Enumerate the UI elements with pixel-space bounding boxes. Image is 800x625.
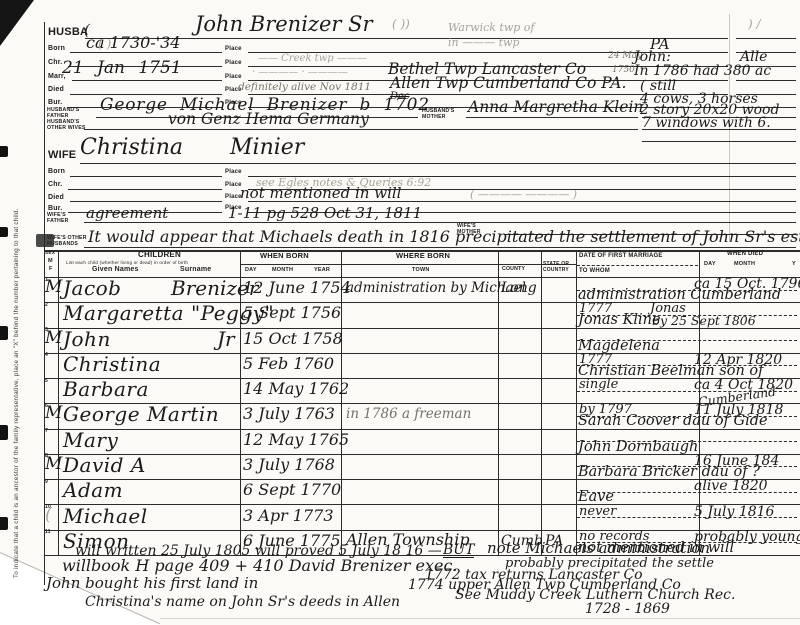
given-name: Adam bbox=[63, 480, 123, 500]
ruled-line bbox=[736, 80, 796, 81]
ruled-line bbox=[84, 222, 796, 223]
birth-date: 14 May 1762 bbox=[243, 381, 349, 397]
spouse-or-note: Eave bbox=[578, 490, 614, 505]
death-note: alive 1820 bbox=[694, 479, 768, 493]
scanned-family-group-sheet: To indicate that a child is an ancestor … bbox=[0, 0, 800, 625]
note-windows: 7 windows with 6. bbox=[642, 116, 771, 130]
sex-value: M bbox=[45, 405, 62, 422]
birth-date: 12 May 1765 bbox=[243, 432, 349, 448]
child-number: 2 bbox=[45, 303, 48, 309]
given-name: George Martin bbox=[63, 404, 219, 424]
husbands-father-label: HUSBAND'S FATHER bbox=[47, 107, 89, 119]
husband-name: John Brenizer Sr bbox=[195, 14, 373, 35]
child-row: 6 M George Martin 3 July 1763 in 1786 a … bbox=[44, 403, 800, 429]
place-label: Place bbox=[225, 46, 242, 53]
wife-name: Christina Minier bbox=[80, 137, 304, 159]
wifes-father-label: WIFE'S FATHER bbox=[47, 212, 89, 224]
marriage-header-dashed-line bbox=[577, 265, 698, 266]
child-number: 7 bbox=[45, 429, 48, 435]
ruled-line bbox=[70, 52, 222, 53]
agreement-reference: 1-11 pg 528 Oct 31, 1811 bbox=[228, 206, 422, 221]
when-born-header: WHEN BORN bbox=[260, 252, 309, 260]
scan-edge-mark bbox=[0, 517, 8, 530]
husband-label: HUSBA bbox=[48, 26, 88, 38]
town-header: TOWN bbox=[412, 267, 430, 273]
spouse-or-note: Magdelena bbox=[578, 339, 660, 354]
child-row: 2 Margaretta "Peggy" 5 Sept 1756 1777 Jo… bbox=[44, 302, 800, 328]
buried-label: Bur. bbox=[48, 99, 62, 107]
sex-value: M bbox=[45, 279, 62, 296]
header-sub-divider bbox=[240, 264, 576, 265]
marriage-note: never bbox=[579, 505, 616, 518]
ruled-line bbox=[642, 141, 796, 142]
wife-label: WIFE bbox=[48, 149, 76, 161]
child-number: 5 bbox=[45, 379, 48, 385]
year-header: YEAR bbox=[314, 267, 330, 273]
ink-smudge bbox=[36, 234, 54, 247]
given-name: Christina bbox=[63, 354, 161, 374]
to-whom-header: TO WHOM bbox=[579, 268, 610, 275]
died-day-header: DAY bbox=[704, 261, 716, 267]
note-alive-1811: definitely alive Nov 1811 bbox=[238, 82, 371, 93]
surname-header: Surname bbox=[180, 266, 211, 274]
ruled-line bbox=[68, 189, 222, 190]
husband-origin-germany: von Genz Hema Germany bbox=[168, 112, 369, 128]
child-number: 9 bbox=[45, 480, 48, 486]
given-names-header: Given Names bbox=[92, 266, 139, 274]
ruled-line bbox=[466, 117, 638, 118]
scan-edge-mark bbox=[0, 146, 8, 157]
pencil-note-creek: —— Creek twp ——— bbox=[258, 54, 367, 64]
birth-date: 5 Feb 1760 bbox=[243, 356, 334, 372]
note-john: John: bbox=[634, 50, 671, 64]
child-row: 8 M David A 3 July 1768 16 June 184 Barb… bbox=[44, 454, 800, 480]
died-year-header: Y bbox=[792, 261, 796, 267]
wife-death-note: not mentioned in will bbox=[240, 186, 401, 201]
pencil-marks: ( )) bbox=[392, 18, 410, 30]
day-header: DAY bbox=[245, 267, 257, 273]
spouse-or-note: John Dornbaugh bbox=[578, 440, 698, 455]
children-subheader: List each child (whether living or dead)… bbox=[66, 260, 188, 265]
birth-date: 6 Sept 1770 bbox=[243, 482, 341, 498]
died-month-header: MONTH bbox=[734, 261, 755, 267]
birth-date: 3 July 1763 bbox=[243, 406, 335, 422]
child-row: 5 Barbara 14 May 1762 single ca 4 Oct 18… bbox=[44, 378, 800, 404]
birth-date: 12 June 1754 bbox=[243, 280, 351, 296]
ruled-line bbox=[72, 80, 222, 81]
birth-town-note: in 1786 a freeman bbox=[346, 408, 471, 422]
christened-label: Chr. bbox=[48, 181, 62, 189]
given-name: Mary bbox=[63, 430, 118, 450]
ruled-line bbox=[70, 201, 222, 202]
birth-town: administration by Michael bbox=[346, 282, 526, 296]
given-name: Jacob bbox=[63, 278, 122, 298]
death-note: by 25 Sept 1806 bbox=[652, 315, 756, 328]
child-row: 3 M John Jr 15 Oct 1758 Magdelena bbox=[44, 328, 800, 354]
child-number: 4 bbox=[45, 353, 48, 359]
sex-header: SEX bbox=[45, 251, 55, 256]
note-allen-cut: Alle bbox=[740, 50, 767, 64]
note-380-acres: In 1786 had 380 ac bbox=[634, 64, 771, 78]
birth-date: 15 Oct 1758 bbox=[243, 331, 343, 347]
died-label: Died bbox=[48, 194, 64, 202]
child-number: 11 bbox=[45, 530, 51, 536]
spouse-or-note: Jonas Kline bbox=[578, 313, 661, 328]
children-header: CHILDREN bbox=[138, 251, 181, 260]
ruled-line bbox=[80, 163, 796, 164]
death-date: 5 July 1816 bbox=[694, 505, 774, 519]
estate-settlement-note: It would appear that Michaels death in 1… bbox=[88, 229, 800, 245]
ruled-line bbox=[736, 38, 796, 39]
pencil-marks: ) / bbox=[748, 18, 761, 30]
where-born-header: WHERE BORN bbox=[396, 252, 450, 260]
child-row: 7 Mary 12 May 1765 John Dornbaugh bbox=[44, 429, 800, 455]
ruled-line bbox=[84, 129, 638, 130]
christened-label: Chr. bbox=[48, 59, 62, 67]
church-record-years: 1728 - 1869 bbox=[585, 602, 670, 616]
born-label: Born bbox=[48, 45, 65, 53]
husband-death-place: Allen Twp Cumberland Co PA. bbox=[390, 76, 626, 92]
marriage-note: single bbox=[579, 378, 618, 391]
given-name: Barbara bbox=[63, 379, 149, 399]
birth-date: 3 Apr 1773 bbox=[243, 508, 334, 524]
county-header: COUNTY bbox=[502, 267, 525, 273]
spouse-or-note: Sarah Coover dau of Gide bbox=[578, 414, 768, 429]
state-or-country-header: STATE OR COUNTRY bbox=[543, 261, 579, 273]
ruled-line bbox=[84, 247, 796, 248]
place-label: Place bbox=[225, 169, 242, 176]
first-land-note: John bought his first land in bbox=[46, 576, 258, 591]
place-label: Place bbox=[225, 74, 242, 81]
place-label: Place bbox=[225, 60, 242, 67]
paper-bottom-edge-line bbox=[160, 618, 800, 619]
pencil-scribble: · ———— · ———— bbox=[252, 68, 348, 78]
scan-edge-mark bbox=[0, 425, 8, 440]
given-name: Michael bbox=[63, 506, 148, 526]
christina-deeds-note: Christina's name on John Sr's deeds in A… bbox=[85, 595, 400, 609]
surname-value: Jr bbox=[217, 329, 235, 349]
date-of-first-marriage-header: DATE OF FIRST MARRIAGE bbox=[579, 253, 663, 260]
scan-edge-mark bbox=[0, 326, 8, 340]
birth-date: 5 Sept 1756 bbox=[243, 305, 341, 321]
child-row: 9 Adam 6 Sept 1770 alive 1820 Eave bbox=[44, 479, 800, 505]
sex-value: M bbox=[45, 330, 62, 347]
born-label: Born bbox=[48, 168, 65, 176]
pencil-scribble: ( ———— ———— ) bbox=[470, 189, 577, 200]
pencil-note-warwick: Warwick twp of bbox=[448, 22, 535, 33]
sex-m-header: M bbox=[48, 258, 53, 264]
scan-edge-mark bbox=[0, 227, 8, 237]
michaels-administration-note: note Michaels administration bbox=[487, 541, 710, 556]
given-name: John bbox=[63, 329, 111, 349]
when-died-header: WHEN DIED bbox=[727, 251, 763, 258]
sex-value: M bbox=[45, 456, 62, 473]
pencil-marks: ( ) bbox=[98, 38, 111, 50]
ruled-line bbox=[70, 176, 222, 177]
birth-date: 3 July 1768 bbox=[243, 457, 335, 473]
husband-marriage-date: 21 Jan 1751 bbox=[62, 60, 182, 77]
pencil-note-twp: in ——— twp bbox=[448, 37, 519, 48]
margin-instruction: To indicate that a child is an ancestor … bbox=[13, 18, 20, 578]
husband-mother: Anna Margretha Klein bbox=[468, 100, 643, 116]
given-name: David A bbox=[63, 455, 146, 475]
sex-f-header: F bbox=[49, 266, 53, 272]
ruled-line bbox=[642, 129, 796, 130]
child-row: 1 M Jacob Brenizer 12 June 1754 administ… bbox=[44, 277, 800, 303]
sex-value: ( bbox=[45, 507, 52, 524]
child-row: 10 ( Michael 3 Apr 1773 never 5 July 181… bbox=[44, 505, 800, 531]
birth-county: Long bbox=[501, 281, 537, 295]
husbands-mother-label: HUSBAND'S MOTHER bbox=[422, 108, 464, 120]
wife-father-agreement: agreement bbox=[86, 206, 168, 221]
child-row: 4 Christina 5 Feb 1760 1777 12 Apr 1820 … bbox=[44, 353, 800, 379]
husbands-other-wives-label: HUSBAND'S OTHER WIVES bbox=[47, 119, 89, 131]
willbook-note: willbook H page 409 + 410 David Brenizer… bbox=[62, 558, 457, 574]
note-dec: Dec bbox=[390, 92, 410, 102]
ruled-line bbox=[85, 38, 728, 39]
muddy-creek-note: See Muddy Creek Luthern Church Rec. bbox=[455, 588, 735, 602]
died-label: Died bbox=[48, 86, 64, 94]
month-header: MONTH bbox=[272, 267, 293, 273]
